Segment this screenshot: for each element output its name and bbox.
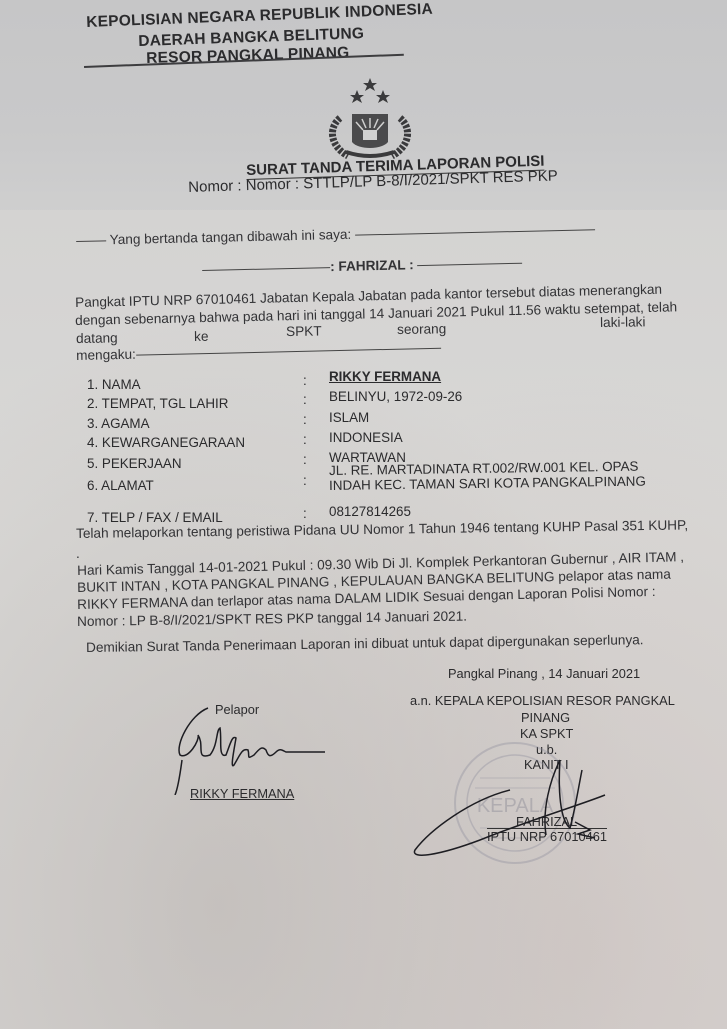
identity-label: 6. ALAMAT [87,478,154,493]
fill-line [136,348,441,356]
statement-word-spkt: SPKT [286,324,322,339]
identity-label: 4. KEWARGANEGARAAN [87,435,245,450]
statement-word-datang: datang [76,330,118,346]
statement-word-ke: ke [194,329,209,344]
identity-value-religion: ISLAM [329,409,369,426]
identity-label: 1. NAMA [87,377,141,392]
fill-line [417,263,522,266]
fill-line [76,240,106,242]
identity-value-birth: BELINYU, 1972-09-26 [329,388,462,405]
identity-label: 5. PEKERJAAN [87,456,182,471]
identity-label: 3. AGAMA [87,416,150,431]
official-title-2: PINANG [521,710,570,725]
identity-value-phone: 08127814265 [329,503,411,520]
identity-value-citizenship: INDONESIA [329,429,403,446]
reporter-signature-icon [170,700,330,795]
identity-colon: : [303,392,307,407]
police-emblem-icon [320,76,420,160]
signatory-name: : FAHRIZAL : [330,257,414,274]
statement-word-laki-laki: laki-laki [600,314,646,330]
identity-label: 7. TELP / FAX / EMAIL [87,510,223,525]
identity-label: 2. TEMPAT, TGL LAHIR [87,396,228,411]
identity-colon: : [303,412,307,427]
statement-mengaku: mengaku: [76,347,136,363]
statement-word-seorang: seorang [397,321,446,337]
identity-value-name: RIKKY FERMANA [329,368,441,385]
official-signature-icon [410,750,620,860]
place-date: Pangkal Pinang , 14 Januari 2021 [448,666,640,681]
identity-colon: : [303,473,307,488]
identity-colon: : [303,432,307,447]
official-title-1: a.n. KEPALA KEPOLISIAN RESOR PANGKAL [410,693,675,708]
identity-colon: : [303,506,307,521]
fill-line [202,267,330,271]
report-dot: . [76,546,80,561]
fill-line [355,229,595,235]
identity-colon: : [303,373,307,388]
identity-colon: : [303,452,307,467]
